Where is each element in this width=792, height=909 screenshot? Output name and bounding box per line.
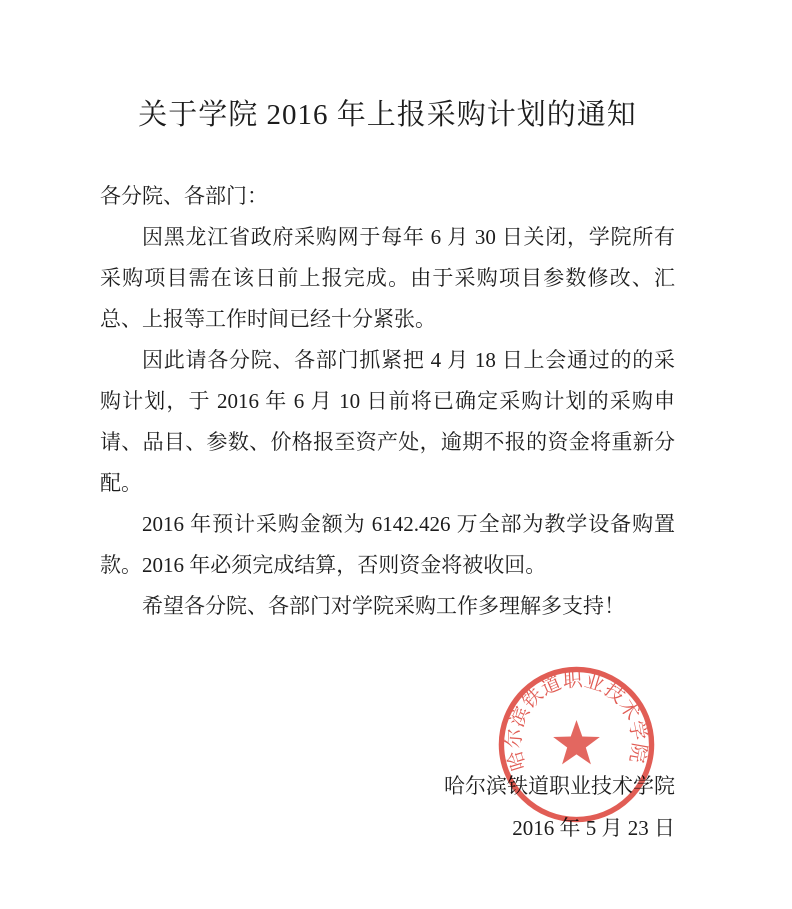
signature-name: 哈尔滨铁道职业技术学院 xyxy=(100,765,675,807)
seal-text-path xyxy=(521,686,633,767)
salutation: 各分院、各部门： xyxy=(100,176,675,217)
paragraph-deadline: 因黑龙江省政府采购网于每年 6 月 30 日关闭，学院所有采购项目需在该日前上报… xyxy=(100,217,675,340)
svg-text:哈尔滨铁道职业技术学院: 哈尔滨铁道职业技术学院 xyxy=(503,669,650,773)
signature-date: 2016 年 5 月 23 日 xyxy=(100,807,675,849)
notice-title: 关于学院 2016 年上报采购计划的通知 xyxy=(100,0,675,133)
paragraph-instructions: 因此请各分院、各部门抓紧把 4 月 18 日上会通过的的采购计划，于 2016 … xyxy=(100,340,675,504)
paragraph-budget: 2016 年预计采购金额为 6142.426 万全部为教学设备购置款。2016 … xyxy=(100,504,675,586)
paragraph-closing: 希望各分院、各部门对学院采购工作多理解多支持！ xyxy=(100,586,675,627)
document-page: 关于学院 2016 年上报采购计划的通知 各分院、各部门： 因黑龙江省政府采购网… xyxy=(0,0,792,909)
notice-body: 各分院、各部门： 因黑龙江省政府采购网于每年 6 月 30 日关闭，学院所有采购… xyxy=(100,176,675,627)
seal-star-icon xyxy=(553,720,600,764)
seal-text: 哈尔滨铁道职业技术学院 xyxy=(503,669,650,773)
signature-block: 哈尔滨铁道职业技术学院 2016 年 5 月 23 日 xyxy=(100,765,675,849)
